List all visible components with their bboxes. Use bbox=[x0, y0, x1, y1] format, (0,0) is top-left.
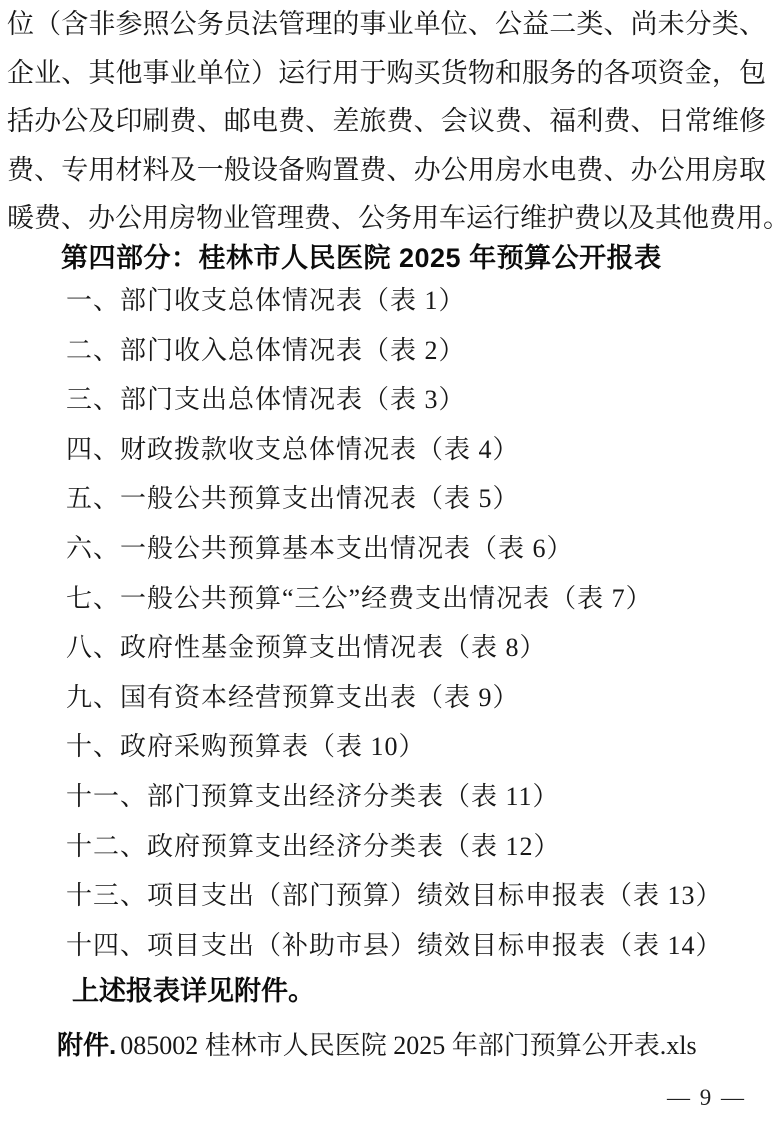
attachment-label: 附件. bbox=[57, 1030, 116, 1060]
table-list-item: 四、财政拨款收支总体情况表（表 4） bbox=[66, 425, 766, 475]
table-list-item: 十一、部门预算支出经济分类表（表 11） bbox=[66, 772, 766, 822]
table-list-item: 八、政府性基金预算支出情况表（表 8） bbox=[66, 623, 766, 673]
body-paragraph-line: 位（含非参照公务员法管理的事业单位、公益二类、尚未分类、 bbox=[7, 0, 766, 49]
table-list-item: 十三、项目支出（部门预算）绩效目标申报表（表 13） bbox=[66, 871, 766, 921]
table-list-item: 十二、政府预算支出经济分类表（表 12） bbox=[66, 822, 766, 872]
attachment-note: 上述报表详见附件。 bbox=[72, 973, 315, 1009]
table-list-item: 七、一般公共预算“三公”经费支出情况表（表 7） bbox=[66, 574, 766, 624]
table-list-item: 一、部门收支总体情况表（表 1） bbox=[66, 276, 766, 326]
table-list-item: 五、一般公共预算支出情况表（表 5） bbox=[66, 474, 766, 524]
body-paragraph: 位（含非参照公务员法管理的事业单位、公益二类、尚未分类、 企业、其他事业单位）运… bbox=[7, 0, 766, 243]
document-page: 位（含非参照公务员法管理的事业单位、公益二类、尚未分类、 企业、其他事业单位）运… bbox=[0, 0, 774, 1122]
attachment-filename: 085002 桂林市人民医院 2025 年部门预算公开表.xls bbox=[120, 1031, 696, 1060]
body-paragraph-line: 暖费、办公用房物业管理费、公务用车运行维护费以及其他费用。 bbox=[7, 194, 766, 243]
table-list-item: 二、部门收入总体情况表（表 2） bbox=[66, 326, 766, 376]
table-list-item: 三、部门支出总体情况表（表 3） bbox=[66, 375, 766, 425]
body-paragraph-line: 企业、其他事业单位）运行用于购买货物和服务的各项资金，包 bbox=[7, 49, 766, 98]
attachment-line: 附件.085002 桂林市人民医院 2025 年部门预算公开表.xls bbox=[57, 1026, 697, 1065]
table-list-item: 十、政府采购预算表（表 10） bbox=[66, 722, 766, 772]
table-list-item: 九、国有资本经营预算支出表（表 9） bbox=[66, 673, 766, 723]
page-number: — 9 — bbox=[667, 1083, 746, 1113]
body-paragraph-line: 费、专用材料及一般设备购置费、办公用房水电费、办公用房取 bbox=[7, 146, 766, 195]
table-list-item: 六、一般公共预算基本支出情况表（表 6） bbox=[66, 524, 766, 574]
report-table-list: 一、部门收支总体情况表（表 1） 二、部门收入总体情况表（表 2） 三、部门支出… bbox=[66, 276, 766, 970]
table-list-item: 十四、项目支出（补助市县）绩效目标申报表（表 14） bbox=[66, 921, 766, 971]
section-heading: 第四部分：桂林市人民医院 2025 年预算公开报表 bbox=[61, 237, 662, 279]
body-paragraph-line: 括办公及印刷费、邮电费、差旅费、会议费、福利费、日常维修 bbox=[7, 97, 766, 146]
